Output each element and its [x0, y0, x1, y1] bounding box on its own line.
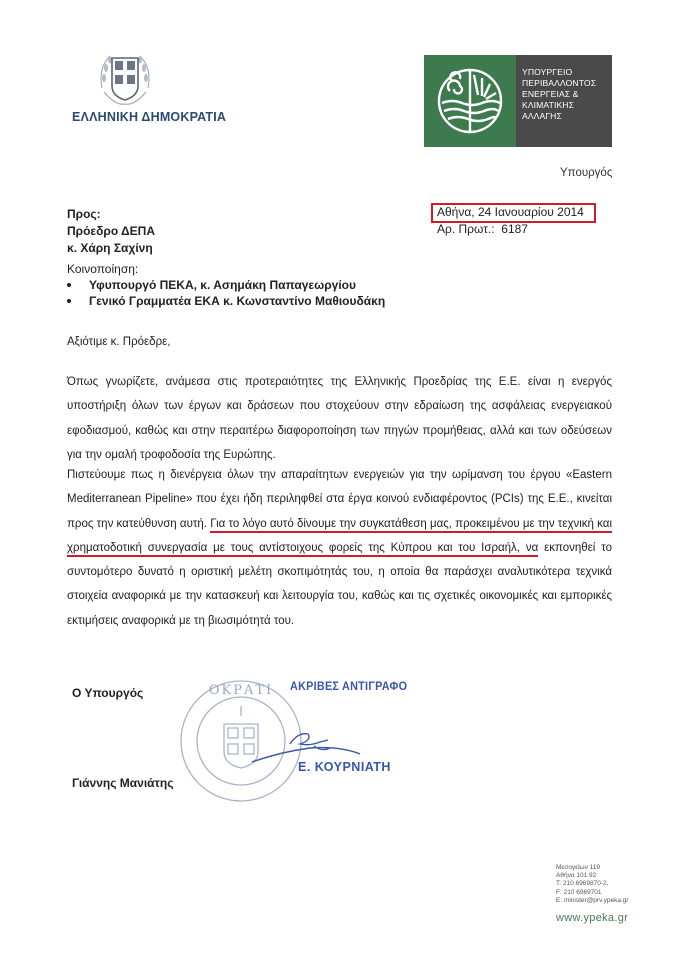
- address-line: Μεσογείων 119: [556, 864, 629, 872]
- office-label: Υπουργός: [560, 167, 612, 179]
- certified-copy-stamp: ΑΚΡΙΒΕΣ ΑΝΤΙΓΡΑΦΟ: [290, 679, 407, 693]
- body-paragraph-2: Πιστεύουμε πως η διενέργεια όλων την απα…: [67, 463, 612, 633]
- signatory-name: Γιάννης Μανιάτης: [72, 776, 173, 790]
- website-link[interactable]: www.ypeka.gr: [556, 912, 628, 924]
- bullet-icon: [67, 299, 71, 303]
- protocol-value: 6187: [501, 222, 528, 236]
- address-line: Αθήνα 101 92: [556, 872, 629, 880]
- greek-coat-of-arms-icon: [96, 48, 154, 108]
- protocol-number: Αρ. Πρωτ.: 6187: [437, 222, 528, 236]
- phone-line: Τ: 210 6969870-2,: [556, 880, 629, 888]
- salutation: Αξιότιμε κ. Πρόεδρε,: [67, 336, 170, 348]
- cc-list-item: Υφυπουργό ΠΕΚΑ, κ. Ασημάκη Παπαγεωργίου: [67, 278, 356, 292]
- ministry-name-line: ΥΠΟΥΡΓΕΙΟ: [522, 67, 612, 78]
- cc-list-item: Γενικό Γραμματέα ΕΚΑ κ. Κωνσταντίνο Μαθι…: [67, 294, 385, 308]
- cc-item-text: Υφυπουργό ΠΕΚΑ, κ. Ασημάκη Παπαγεωργίου: [89, 278, 356, 292]
- ministry-contact-info: Μεσογείων 119 Αθήνα 101 92 Τ: 210 696987…: [556, 864, 629, 905]
- ministry-name-line: ΕΝΕΡΓΕΙΑΣ &: [522, 89, 612, 100]
- protocol-label: Αρ. Πρωτ.:: [437, 222, 495, 236]
- ministry-sun-sea-logo-icon: [424, 55, 516, 147]
- ministry-logo: ΥΠΟΥΡΓΕΙΟ ΠΕΡΙΒΑΛΛΟΝΤΟΣ ΕΝΕΡΓΕΙΑΣ & ΚΛΙΜ…: [424, 55, 612, 147]
- svg-text:ΟΚΡΑΤΙ: ΟΚΡΑΤΙ: [209, 683, 273, 698]
- certifier-name: Ε. ΚΟΥΡΝΙΑΤΗ: [298, 760, 391, 774]
- letter-date: Αθήνα, 24 Ιανουαρίου 2014: [437, 205, 584, 219]
- ministry-name-line: ΠΕΡΙΒΑΛΛΟΝΤΟΣ: [522, 78, 612, 89]
- addressee-block: Προς: Πρόεδρο ΔΕΠΑ κ. Χάρη Σαχίνη: [67, 206, 155, 257]
- ministry-name-line: ΚΛΙΜΑΤΙΚΗΣ: [522, 100, 612, 111]
- to-line: κ. Χάρη Σαχίνη: [67, 240, 155, 257]
- to-label: Προς:: [67, 206, 155, 223]
- republic-name: ΕΛΛΗΝΙΚΗ ΔΗΜΟΚΡΑΤΙΑ: [72, 110, 226, 124]
- email-line: E: minister@prv.ypeka.gr: [556, 897, 629, 905]
- signatory-title: Ο Υπουργός: [72, 686, 143, 700]
- body-paragraph-1: Όπως γνωρίζετε, ανάμεσα στις προτεραιότη…: [67, 370, 612, 467]
- to-line: Πρόεδρο ΔΕΠΑ: [67, 223, 155, 240]
- cc-label: Κοινοποίηση:: [67, 262, 138, 276]
- fax-line: F: 210 6969701: [556, 889, 629, 897]
- ministry-name-block: ΥΠΟΥΡΓΕΙΟ ΠΕΡΙΒΑΛΛΟΝΤΟΣ ΕΝΕΡΓΕΙΑΣ & ΚΛΙΜ…: [516, 55, 612, 147]
- cc-item-text: Γενικό Γραμματέα ΕΚΑ κ. Κωνσταντίνο Μαθι…: [89, 294, 385, 308]
- bullet-icon: [67, 283, 71, 287]
- ministry-name-line: ΑΛΛΑΓΗΣ: [522, 111, 612, 122]
